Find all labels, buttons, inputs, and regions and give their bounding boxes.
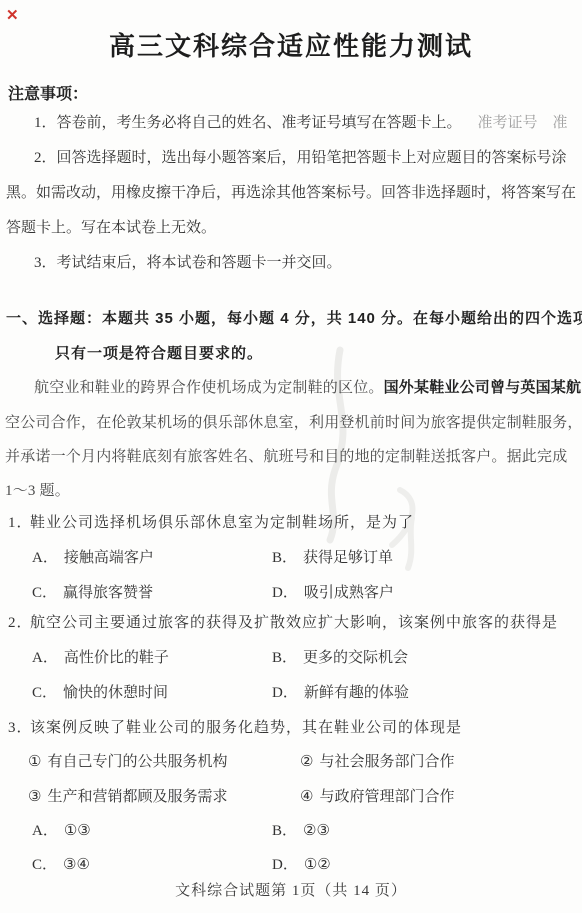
option-text: 吸引成熟客户 [304, 585, 394, 601]
option-label: C． [32, 585, 57, 601]
option-text: ②③ [303, 823, 330, 839]
passage-line-2: 空公司合作，在伦敦某机场的俱乐部休息室，利用登机前时间为旅客提供定制鞋服务， [5, 412, 582, 434]
passage-line-3: 并承诺一个月内将鞋底刻有旅客姓名、航班号和目的地的定制鞋送抵客户。据此完成 [5, 446, 567, 468]
question-3-statement-3: ③生产和营销都顾及服务需求 [28, 786, 227, 808]
question-1-option-c: C．赢得旅客赞誉 [32, 582, 153, 604]
question-3-text: 该案例反映了鞋业公司的服务化趋势，其在鞋业公司的体现是 [30, 720, 462, 736]
section-heading-line-1: 一、选择题：本题共 35 小题，每小题 4 分，共 140 分。在每小题给出的四… [6, 308, 582, 330]
question-2-option-a: A．高性价比的鞋子 [32, 647, 169, 669]
option-label: A． [32, 823, 58, 839]
option-label: C． [32, 857, 57, 873]
question-3-statement-1: ①有自己专门的公共服务机构 [28, 751, 227, 773]
statement-text: 有自己专门的公共服务机构 [47, 754, 227, 770]
option-label: B． [272, 823, 297, 839]
question-1-number: 1． [8, 512, 30, 534]
passage-line-4: 1～3 题。 [5, 480, 70, 502]
notice-item-3: 3．考试结束后，将本试卷和答题卡一并交回。 [34, 252, 342, 274]
statement-text: 与社会服务部门合作 [319, 754, 454, 770]
exam-paper-page: ✕ 高三文科综合适应性能力测试 注意事项： 1．答卷前，考生务必将自己的姓名、准… [0, 0, 582, 913]
page-title: 高三文科综合适应性能力测试 [0, 26, 582, 63]
option-text: 高性价比的鞋子 [64, 650, 169, 666]
question-2-option-b: B．更多的交际机会 [272, 647, 408, 669]
statement-text: 与政府管理部门合作 [319, 789, 454, 805]
option-text: ③④ [63, 857, 90, 873]
section-heading-line-2: 只有一项是符合题目要求的。 [55, 343, 263, 365]
question-2-stem: 2．航空公司主要通过旅客的获得及扩散效应扩大影响，该案例中旅客的获得是 [8, 612, 558, 634]
question-1-text: 鞋业公司选择机场俱乐部休息室为定制鞋场所，是为了 [30, 515, 414, 531]
statement-label: ② [300, 754, 313, 770]
question-3-option-d: D．①② [272, 854, 331, 876]
notice-item-2-line-1: 2．回答选择题时，选出每小题答案后，用铅笔把答题卡上对应题目的答案标号涂 [34, 147, 567, 169]
question-1-option-a: A．接触高端客户 [32, 547, 154, 569]
question-3-statement-4: ④与政府管理部门合作 [300, 786, 454, 808]
option-label: D． [272, 685, 298, 701]
option-label: D． [272, 585, 298, 601]
notice-item-2-line-2: 黑。如需改动，用橡皮擦干净后，再选涂其他答案标号。回答非选择题时，将答案写在 [6, 182, 576, 204]
option-label: B． [272, 650, 297, 666]
question-1-option-d: D．吸引成熟客户 [272, 582, 394, 604]
passage-line-1: 航空业和鞋业的跨界合作使机场成为定制鞋的区位。国外某鞋业公司曾与英国某航 [34, 377, 581, 399]
option-text: 获得足够订单 [303, 550, 393, 566]
red-cross-mark: ✕ [6, 6, 19, 24]
passage-line-1-normal: 航空业和鞋业的跨界合作使机场成为定制鞋的区位。 [34, 380, 384, 396]
option-label: C． [32, 685, 57, 701]
question-3-option-a: A．①③ [32, 820, 91, 842]
notice-item-1-text: 1．答卷前，考生务必将自己的姓名、准考证号填写在答题卡上。 [34, 115, 462, 131]
question-3-number: 3． [8, 717, 30, 739]
option-text: ①② [304, 857, 331, 873]
option-text: 更多的交际机会 [303, 650, 408, 666]
option-label: A． [32, 650, 58, 666]
passage-line-1-bold: 国外某鞋业公司曾与英国某航 [384, 380, 582, 396]
statement-label: ④ [300, 789, 313, 805]
option-label: D． [272, 857, 298, 873]
notice-item-1-ghost-text: 准考证号 准 [478, 115, 568, 131]
page-footer: 文科综合试题第 1页（共 14 页） [0, 879, 582, 900]
option-text: 新鲜有趣的体验 [304, 685, 409, 701]
question-2-option-d: D．新鲜有趣的体验 [272, 682, 409, 704]
statement-text: 生产和营销都顾及服务需求 [47, 789, 227, 805]
statement-label: ③ [28, 789, 41, 805]
question-3-option-c: C．③④ [32, 854, 90, 876]
notice-item-1: 1．答卷前，考生务必将自己的姓名、准考证号填写在答题卡上。准考证号 准 [34, 112, 568, 134]
option-text: 接触高端客户 [64, 550, 154, 566]
question-2-text: 航空公司主要通过旅客的获得及扩散效应扩大影响，该案例中旅客的获得是 [30, 615, 558, 631]
option-text: 愉快的休憩时间 [63, 685, 168, 701]
notice-heading: 注意事项： [8, 84, 88, 106]
option-label: B． [272, 550, 297, 566]
question-1-option-b: B．获得足够订单 [272, 547, 393, 569]
question-3-statement-2: ②与社会服务部门合作 [300, 751, 454, 773]
statement-label: ① [28, 754, 41, 770]
question-1-stem: 1．鞋业公司选择机场俱乐部休息室为定制鞋场所，是为了 [8, 512, 414, 534]
question-2-option-c: C．愉快的休憩时间 [32, 682, 168, 704]
question-3-stem: 3．该案例反映了鞋业公司的服务化趋势，其在鞋业公司的体现是 [8, 717, 462, 739]
option-text: 赢得旅客赞誉 [63, 585, 153, 601]
question-3-option-b: B．②③ [272, 820, 330, 842]
notice-item-2-line-3: 答题卡上。写在本试卷上无效。 [6, 217, 216, 239]
option-text: ①③ [64, 823, 91, 839]
option-label: A． [32, 550, 58, 566]
question-2-number: 2． [8, 612, 30, 634]
